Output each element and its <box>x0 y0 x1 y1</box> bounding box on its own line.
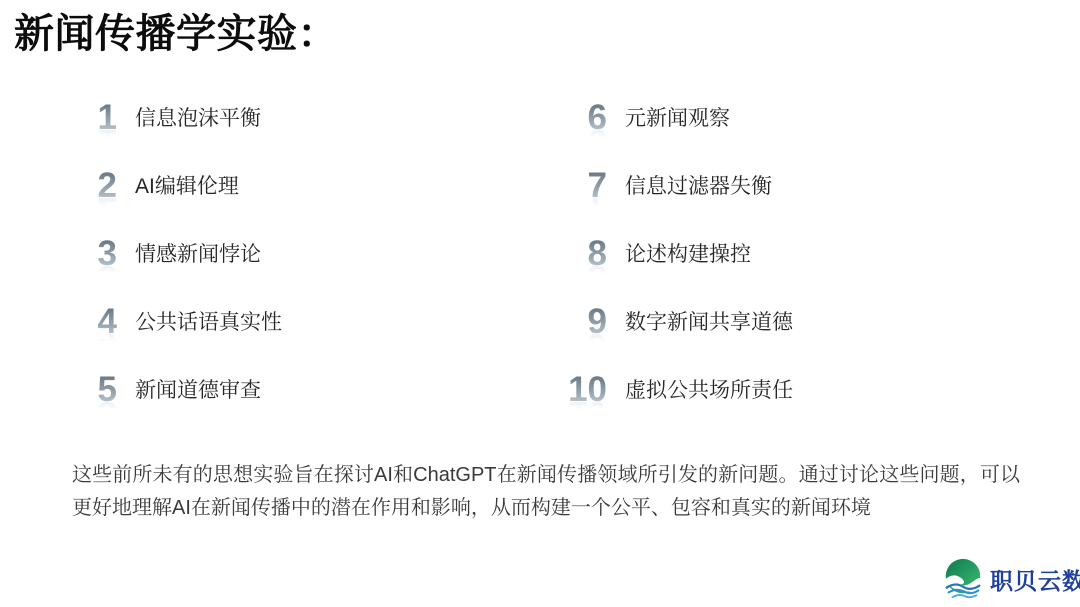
item-number: 2 <box>75 168 117 203</box>
item-label: 信息过滤器失衡 <box>625 170 772 200</box>
item-label: 虚拟公共场所责任 <box>625 374 793 404</box>
brand-logo: 职贝云数 <box>940 556 1080 602</box>
item-number: 5 <box>75 372 117 407</box>
list-item: 2 AI编辑伦理 <box>75 151 282 219</box>
brand-logo-icon <box>940 556 986 602</box>
list-item: 5 新闻道德审查 <box>75 355 282 423</box>
experiments-column-left: 1 信息泡沫平衡 2 AI编辑伦理 3 情感新闻悖论 4 公共话语真实性 5 新… <box>75 83 282 423</box>
experiments-column-right: 6 元新闻观察 7 信息过滤器失衡 8 论述构建操控 9 数字新闻共享道德 10… <box>565 83 793 423</box>
slide: 新闻传播学实验： 1 信息泡沫平衡 2 AI编辑伦理 3 情感新闻悖论 4 公共… <box>0 0 1080 607</box>
list-item: 6 元新闻观察 <box>565 83 793 151</box>
list-item: 8 论述构建操控 <box>565 219 793 287</box>
list-item: 10 虚拟公共场所责任 <box>565 355 793 423</box>
item-number: 4 <box>75 304 117 339</box>
item-number: 7 <box>565 168 607 203</box>
item-label: AI编辑伦理 <box>135 170 239 200</box>
item-label: 情感新闻悖论 <box>135 238 261 268</box>
item-label: 数字新闻共享道德 <box>625 306 793 336</box>
list-item: 1 信息泡沫平衡 <box>75 83 282 151</box>
item-number: 1 <box>75 100 117 135</box>
item-label: 信息泡沫平衡 <box>135 102 261 132</box>
list-item: 7 信息过滤器失衡 <box>565 151 793 219</box>
item-number: 3 <box>75 236 117 271</box>
item-label: 元新闻观察 <box>625 102 730 132</box>
item-label: 新闻道德审查 <box>135 374 261 404</box>
item-label: 公共话语真实性 <box>135 306 282 336</box>
description-text: 这些前所未有的思想实验旨在探讨AI和ChatGPT在新闻传播领域所引发的新问题。… <box>72 459 1020 526</box>
list-item: 4 公共话语真实性 <box>75 287 282 355</box>
item-number: 6 <box>565 100 607 135</box>
item-number: 8 <box>565 236 607 271</box>
item-label: 论述构建操控 <box>625 238 751 268</box>
item-number: 10 <box>565 372 607 407</box>
list-item: 9 数字新闻共享道德 <box>565 287 793 355</box>
page-title: 新闻传播学实验： <box>14 2 338 59</box>
item-number: 9 <box>565 304 607 339</box>
list-item: 3 情感新闻悖论 <box>75 219 282 287</box>
brand-logo-text: 职贝云数 <box>990 563 1080 596</box>
